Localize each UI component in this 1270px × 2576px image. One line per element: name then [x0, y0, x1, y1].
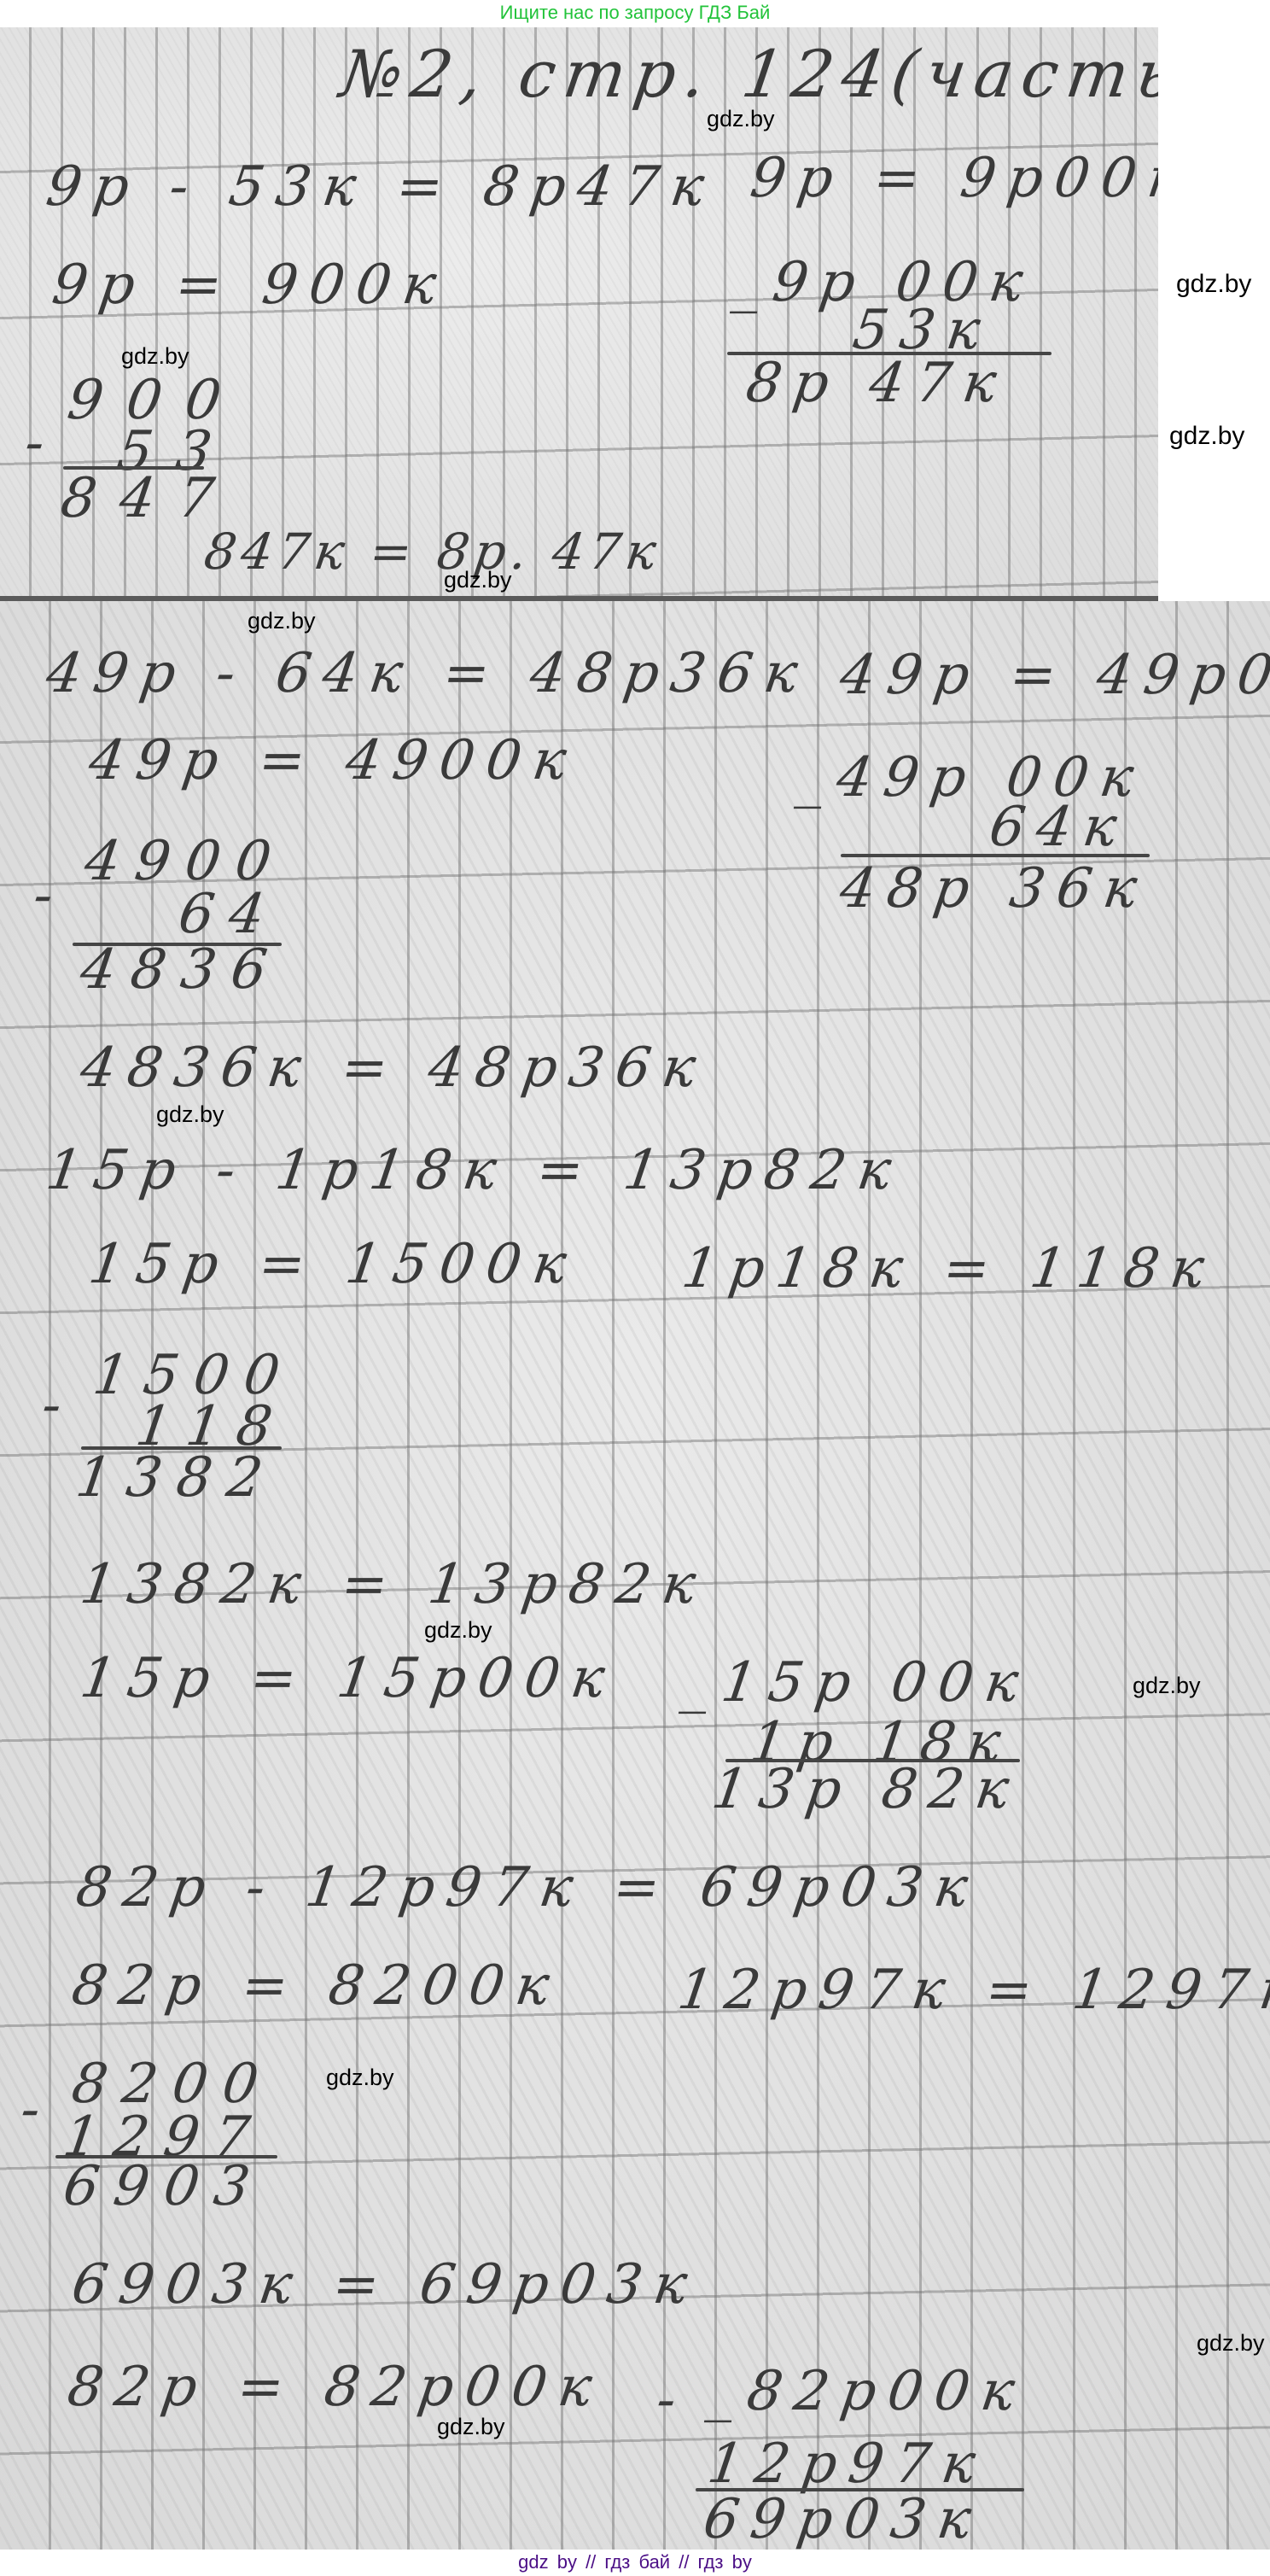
- conversion-right-2: 1р18к = 118к: [679, 1237, 1220, 1300]
- column-right-result-3: 69р03к: [700, 2488, 987, 2550]
- watermark: gdz.by: [1169, 422, 1244, 451]
- equation-1: 49р - 64к = 48р36к: [43, 642, 813, 705]
- equation-3: 82р - 12р97к = 69р03к: [73, 1856, 984, 1919]
- watermark: gdz.by: [248, 608, 316, 634]
- answer-3: 6903к = 69р03к: [68, 2253, 703, 2316]
- column-right-result-2: 13р 82к: [708, 1758, 1025, 1821]
- exercise-title: №2, стр. 124(часть 1): [336, 36, 1158, 112]
- watermark: gdz.by: [1176, 270, 1251, 299]
- conversion-right-3: 12р97к = 1297к: [674, 1959, 1270, 2022]
- watermark: gdz.by: [1133, 1673, 1201, 1699]
- conversion-left-3b: 82р = 82р00к: [64, 2356, 608, 2419]
- equation: 9р - 53к = 8р47к: [43, 155, 720, 219]
- watermark: gdz.by: [424, 1617, 492, 1644]
- answer: 847к = 8р. 47к: [201, 523, 665, 581]
- watermark: gdz.by: [444, 567, 512, 593]
- column-right-result-1: 48р 36к: [836, 857, 1153, 920]
- equation-2: 15р - 1р18к = 13р82к: [43, 1139, 907, 1202]
- column-left-minus-1: -: [30, 864, 69, 927]
- notebook-photo-2: gdz.by 49р - 64к = 48р36к 49р = 49р00к 4…: [0, 601, 1270, 2550]
- column-right-minuend-3: _82р00к: [704, 2360, 1030, 2423]
- column-left-minus-2: -: [38, 1374, 78, 1437]
- column-right-subtrahend-1: 64к: [986, 796, 1133, 859]
- watermark: gdz.by: [121, 343, 189, 370]
- column-left-subtrahend-1: 64: [175, 883, 284, 946]
- footer-links: gdz by // гдз бай // гдз by: [0, 2550, 1270, 2576]
- conversion-left: 9р = 900к: [49, 254, 452, 317]
- column-right-result: 8р 47к: [743, 352, 1012, 415]
- column-left-result-2: 1382: [73, 1446, 282, 1510]
- conversion-right: 9р = 9р00к: [747, 147, 1158, 210]
- column-left-result-3: 6903: [60, 2155, 269, 2218]
- watermark: gdz.by: [326, 2065, 394, 2091]
- watermark: gdz.by: [156, 1101, 224, 1128]
- top-banner: Ищите нас по запросу ГДЗ Бай: [0, 0, 1270, 27]
- watermark: gdz.by: [437, 2414, 505, 2440]
- column-left-result-1: 4836: [77, 938, 286, 1002]
- watermark: gdz.by: [1197, 2330, 1265, 2357]
- answer-2: 1382к = 13р82к: [77, 1553, 712, 1616]
- conversion-left-1: 49р = 4900к: [85, 729, 582, 792]
- column-left-result: 847: [57, 467, 242, 530]
- conversion-left-2b: 15р = 15р00к: [77, 1647, 620, 1710]
- column-left-minus: -: [21, 412, 61, 475]
- column-left-minus-3: -: [17, 2078, 56, 2141]
- watermark: gdz.by: [707, 106, 775, 132]
- conversion-left-3: 82р = 8200к: [68, 1954, 565, 2018]
- column-right-minus-3: -: [653, 2369, 692, 2432]
- notebook-photo-1: №2, стр. 124(часть 1) gdz.by 9р - 53к = …: [0, 27, 1158, 598]
- answer-1: 4836к = 48р36к: [77, 1037, 712, 1100]
- column-right-subtrahend-3: 12р97к: [704, 2433, 991, 2496]
- conversion-right-1: 49р = 49р00к: [836, 644, 1270, 707]
- conversion-left-2: 15р = 1500к: [85, 1233, 582, 1296]
- column-right-minuend-2: _15р 00к: [679, 1651, 1034, 1714]
